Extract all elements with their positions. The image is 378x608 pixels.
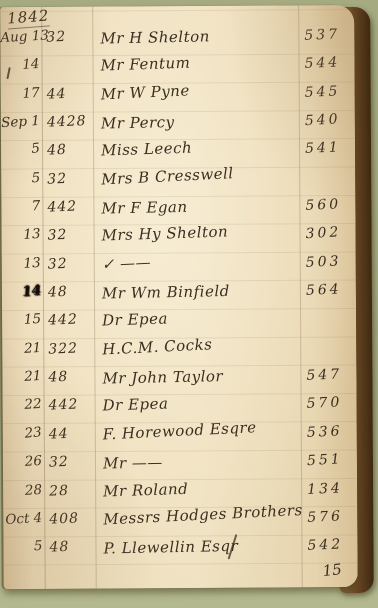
entry-amount: 4428 <box>47 113 94 131</box>
ledger-entry-row: 5 48 P. Llewellin Esqr 542 <box>3 535 357 566</box>
entry-number: 302 <box>305 225 342 243</box>
entry-date: 17 <box>0 85 40 103</box>
entry-number: 503 <box>305 253 341 270</box>
entry-name: Dr Epea <box>102 395 168 415</box>
entry-amount: 44 <box>48 425 95 443</box>
entry-name: Mr F Egan <box>101 198 187 218</box>
ledger-entry-row: 17 44 Mr W Pyne 545 <box>1 82 355 113</box>
ledger-entry-row: 26 32 Mr —— 551 <box>3 450 357 481</box>
entry-date: 15 <box>2 311 42 329</box>
entry-amount: 442 <box>48 311 95 329</box>
entry-date: 14 <box>0 56 40 74</box>
entry-name: Mr Wm Binfield <box>102 282 230 303</box>
entry-number: 576 <box>307 508 343 525</box>
entry-name: ✓ —— <box>101 253 151 273</box>
entry-amount: 32 <box>47 255 94 273</box>
entry-date: 26 <box>3 453 43 471</box>
ledger-entry-row: Sep 1 4428 Mr Percy 540 <box>1 110 355 141</box>
entry-date: 21 <box>2 340 42 358</box>
entry-date: 5 <box>3 538 43 556</box>
entry-date: Oct 4 <box>3 510 43 528</box>
ledger-entry-row: 13 32 ✓ —— 503 <box>2 252 356 283</box>
scanned-book-photo: 1842 Aug 13 32 Mr H Shelton 537 14 Mr Fe… <box>0 0 378 608</box>
entry-date: 28 <box>3 481 43 499</box>
entry-date: 13 <box>1 226 41 244</box>
entry-amount: 48 <box>48 283 95 301</box>
ledger-entry-row: 15 442 Dr Epea <box>2 308 356 339</box>
entry-number: 564 <box>306 282 342 299</box>
entry-number: 544 <box>304 55 340 72</box>
entry-number: 542 <box>307 537 343 554</box>
entry-name: Mr Roland <box>103 479 189 500</box>
entry-amount: 442 <box>48 396 95 414</box>
entry-number: 545 <box>304 83 340 100</box>
entry-amount <box>47 56 93 58</box>
entry-amount: 44 <box>46 84 93 102</box>
ledger-entry-row: 14 48 Mr Wm Binfield 564 <box>2 280 356 311</box>
entry-number: 134 <box>307 480 343 497</box>
entry-name: Mr Percy <box>101 113 175 132</box>
entry-name: Mr John Taylor <box>102 367 223 387</box>
entry-number: 570 <box>306 395 342 412</box>
entry-name: Mr W Pyne <box>100 81 190 103</box>
entry-rows: Aug 13 32 Mr H Shelton 537 14 Mr Fentum … <box>0 25 357 566</box>
entry-number: 540 <box>304 111 341 129</box>
entry-date: 7 <box>1 198 41 216</box>
entry-amount: 442 <box>47 198 94 216</box>
ledger-entry-row: 7 442 Mr F Egan 560 <box>1 195 355 226</box>
entry-amount: 32 <box>47 226 94 244</box>
entry-date: 22 <box>2 396 42 414</box>
entry-amount: 32 <box>47 170 94 188</box>
ledger-entry-row: Oct 4 408 Messrs Hodges Brothers 576 <box>3 507 357 538</box>
ledger-entry-row: 23 44 F. Horewood Esqre 536 <box>3 422 357 453</box>
ledger-entry-row: 5 48 Miss Leech 541 <box>1 138 355 169</box>
entry-date: 14 <box>1 282 41 302</box>
entry-amount: 32 <box>49 453 96 471</box>
entry-amount: 48 <box>47 141 94 159</box>
entry-date: 13 <box>1 255 41 273</box>
entry-amount: 32 <box>46 28 93 46</box>
entry-name: Mr Fentum <box>100 54 190 75</box>
entry-date: Sep 1 <box>0 113 40 131</box>
entry-number: 547 <box>306 367 342 384</box>
entry-name: Mrs Hy Shelton <box>101 223 228 245</box>
entry-date: 5 <box>0 141 40 161</box>
entry-amount: 28 <box>49 481 96 499</box>
entry-amount: 48 <box>49 538 96 556</box>
entry-date: 23 <box>2 424 42 444</box>
entry-amount: 408 <box>49 510 96 528</box>
entry-number: 560 <box>305 197 341 214</box>
entry-name: P. Llewellin Esqr <box>103 537 238 558</box>
ledger-entry-row: 22 442 Dr Epea 570 <box>3 393 357 424</box>
entry-name: Miss Leech <box>101 139 193 160</box>
entry-number: 536 <box>306 423 342 440</box>
entry-name: Mrs B Cresswell <box>101 164 234 188</box>
ledger-entry-row: 28 28 Mr Roland 134 <box>3 478 357 509</box>
ledger-entry-row: 21 322 H.C.M. Cocks <box>2 337 356 368</box>
ledger-entry-row: Aug 13 32 Mr H Shelton 537 <box>0 25 354 56</box>
entry-amount: 48 <box>48 368 95 386</box>
entry-name: Dr Epea <box>102 310 168 330</box>
entry-number: 541 <box>305 140 341 157</box>
entry-number: 537 <box>304 26 340 43</box>
entry-name: Mr —— <box>103 453 163 472</box>
ledger-entry-row: 21 48 Mr John Taylor 547 <box>2 365 356 396</box>
entry-amount: 322 <box>48 340 95 358</box>
ledger-entry-row: 14 Mr Fentum 544 <box>0 53 354 84</box>
ledger-entry-row: 13 32 Mrs Hy Shelton 302 <box>2 223 356 254</box>
entry-name: H.C.M. Cocks <box>102 335 213 358</box>
entry-date: 5 <box>1 170 41 188</box>
ledger-entry-row: 5 32 Mrs B Cresswell <box>1 167 355 198</box>
entry-number: 551 <box>307 451 344 469</box>
ledger-page: 1842 Aug 13 32 Mr H Shelton 537 14 Mr Fe… <box>0 5 358 589</box>
entry-date: 21 <box>2 368 42 386</box>
entry-date: Aug 13 <box>0 28 40 46</box>
page-number: 15 <box>322 560 343 580</box>
entry-name: Mr H Shelton <box>100 27 210 47</box>
